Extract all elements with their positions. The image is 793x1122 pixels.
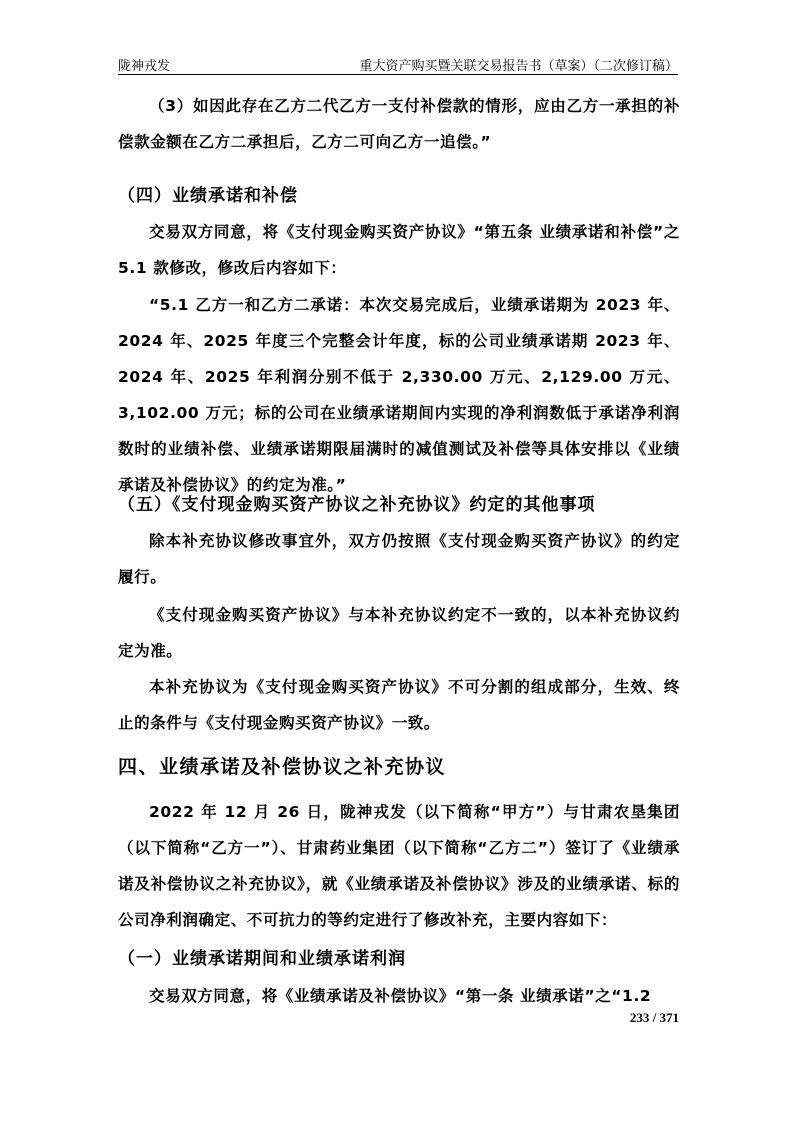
paragraph-other-matters-2: 《支付现金购买资产协议》与本补充协议约定不一致的，以本补充协议约定为准。 [118, 597, 680, 669]
paragraph-other-matters-1: 除本补充协议修改事宜外，双方仍按照《支付现金购买资产协议》的约定履行。 [118, 523, 680, 595]
paragraph-compensation-recourse: （3）如因此存在乙方二代乙方一支付补偿款的情形，应由乙方一承担的补偿款金额在乙方… [118, 88, 680, 160]
header-company: 陇神戎发 [118, 55, 170, 74]
paragraph-agreement-amendment: 交易双方同意，将《支付现金购买资产协议》“第五条 业绩承诺和补偿”之 5.1 款… [118, 214, 680, 286]
paragraph-clause-1-2: 交易双方同意，将《业绩承诺及补偿协议》“第一条 业绩承诺”之“1.2 [118, 978, 680, 1014]
section-heading-commitment-period: （一）业绩承诺期间和业绩承诺利润 [118, 944, 406, 969]
document-page: 陇神戎发 重大资产购买暨关联交易报告书（草案）（二次修订稿） （3）如因此存在乙… [0, 0, 793, 1122]
chapter-heading-supplementary-agreement: 四、业绩承诺及补偿协议之补充协议 [118, 752, 446, 779]
page-header: 陇神戎发 重大资产购买暨关联交易报告书（草案）（二次修订稿） [118, 54, 678, 75]
section-heading-other-matters: （五）《支付现金购买资产协议之补充协议》约定的其他事项 [118, 490, 596, 515]
section-heading-performance-commitment: （四）业绩承诺和补偿 [118, 181, 298, 206]
paragraph-clause-5-1: “5.1 乙方一和乙方二承诺：本次交易完成后，业绩承诺期为 2023 年、202… [118, 287, 680, 503]
header-doc-title: 重大资产购买暨关联交易报告书（草案）（二次修订稿） [359, 55, 678, 74]
paragraph-other-matters-3: 本补充协议为《支付现金购买资产协议》不可分割的组成部分，生效、终止的条件与《支付… [118, 669, 680, 741]
paragraph-signing-info: 2022 年 12 月 26 日，陇神戎发（以下简称“甲方”）与甘肃农垦集团（以… [118, 794, 680, 938]
page-number: 233 / 371 [630, 1010, 679, 1026]
